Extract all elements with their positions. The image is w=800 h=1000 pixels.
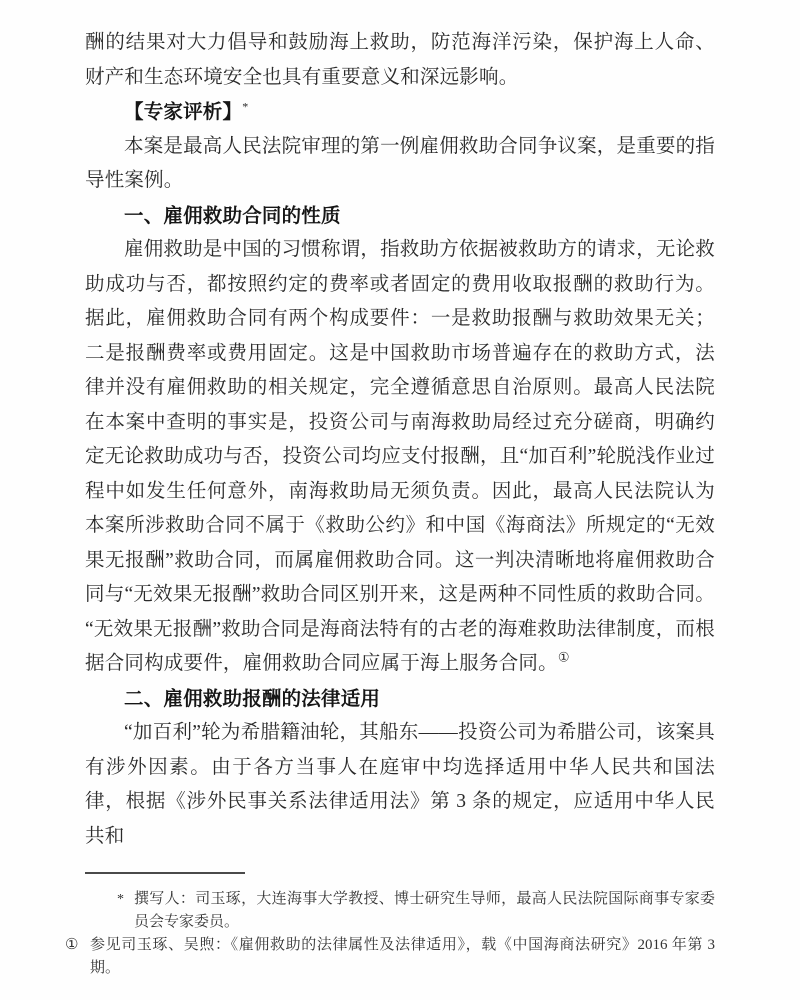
footnote-1: ① 参见司玉琢、吴煦：《雇佣救助的法律属性及法律适用》，载《中国海商法研究》20…: [65, 934, 715, 980]
footnote-separator: [85, 872, 245, 874]
intro-paragraph: 本案是最高人民法院审理的第一例雇佣救助合同争议案，是重要的指导性案例。: [85, 130, 715, 199]
section2-paragraph: “加百利”轮为希腊籍油轮，其船东——投资公司为希腊公司，该案具有涉外因素。由于各…: [85, 716, 715, 854]
section1-paragraph: 雇佣救助是中国的习惯称谓，指救助方依据被救助方的请求，无论救助成功与否，都按照约…: [85, 233, 715, 682]
section2-heading: 二、雇佣救助报酬的法律适用: [85, 682, 715, 717]
footnote-1-marker: ①: [65, 934, 90, 957]
book-page: 酬的结果对大力倡导和鼓励海上救助，防范海洋污染，保护海上人命、财产和生态环境安全…: [0, 0, 800, 1000]
main-text-column: 酬的结果对大力倡导和鼓励海上救助，防范海洋污染，保护海上人命、财产和生态环境安全…: [85, 26, 715, 854]
footnote-ref-star: *: [242, 100, 248, 114]
footnote-star-marker: *: [117, 888, 134, 911]
footnote-star-text: 撰写人：司玉琢，大连海事大学教授、博士研究生导师，最高人民法院国际商事专家委员会…: [134, 888, 715, 934]
section1-paragraph-text: 雇佣救助是中国的习惯称谓，指救助方依据被救助方的请求，无论救助成功与否，都按照约…: [85, 239, 715, 674]
section1-heading: 一、雇佣救助合同的性质: [85, 199, 715, 234]
footnote-star: * 撰写人：司玉琢，大连海事大学教授、博士研究生导师，最高人民法院国际商事专家委…: [65, 888, 715, 934]
footnote-1-text: 参见司玉琢、吴煦：《雇佣救助的法律属性及法律适用》，载《中国海商法研究》2016…: [90, 934, 715, 980]
continuation-paragraph: 酬的结果对大力倡导和鼓励海上救助，防范海洋污染，保护海上人命、财产和生态环境安全…: [85, 26, 715, 95]
expert-review-title: 【专家评析】: [124, 101, 242, 123]
expert-review-heading: 【专家评析】*: [85, 95, 715, 130]
footnote-ref-1: ①: [558, 650, 570, 665]
footnote-area: * 撰写人：司玉琢，大连海事大学教授、博士研究生导师，最高人民法院国际商事专家委…: [65, 872, 715, 980]
